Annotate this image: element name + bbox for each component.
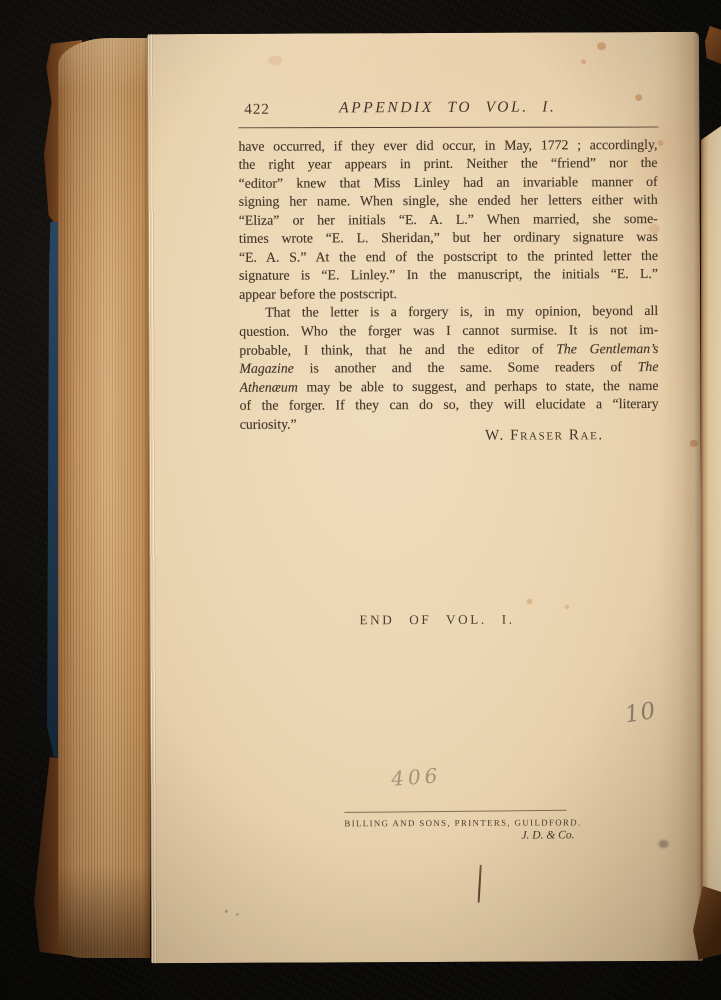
- text-line: signature is “E. Linley.” In the manuscr…: [239, 265, 658, 285]
- foxing-spot: [657, 140, 663, 146]
- text-line: That the letter is a forgery is, in my o…: [239, 302, 658, 322]
- page-number: 422: [244, 102, 270, 119]
- text-line: the right year appears in print. Neither…: [239, 154, 658, 174]
- text-line: appear before the postscript.: [239, 284, 658, 304]
- running-title: APPENDIX TO VOL. I.: [238, 98, 657, 118]
- binder-monogram: J. D. & Co.: [344, 829, 574, 842]
- facing-page-edge: [701, 126, 721, 958]
- text-line: “E. A. S.” At the end of the postscript …: [239, 247, 658, 267]
- text-line: “editor” knew that Miss Linley had an in…: [239, 173, 658, 193]
- foxing-spot: [581, 59, 586, 64]
- foxing-spot: [526, 599, 532, 605]
- text-line: times wrote “E. L. Sheridan,” but her or…: [239, 228, 658, 248]
- text-line: question. Who the forger was I cannot su…: [239, 321, 658, 341]
- text-line: “Eliza” or her initials “E. A. L.” When …: [239, 210, 658, 230]
- imprint-rule: [344, 810, 566, 813]
- printer-imprint: BILLING AND SONS, PRINTERS, GUILDFORD. J…: [344, 810, 566, 842]
- ink-smudge: [658, 840, 668, 848]
- text-line: probable, I think, that he and the edito…: [239, 339, 658, 359]
- printer-name: BILLING AND SONS, PRINTERS, GUILDFORD.: [344, 817, 566, 828]
- foxing-spot: [225, 910, 228, 913]
- body-text: have occurred, if they ever did occur, i…: [238, 135, 658, 434]
- end-of-volume-label: END OF VOL. I.: [228, 611, 647, 629]
- foxing-spot: [597, 42, 606, 50]
- pencil-annotation-406: 406: [390, 763, 442, 791]
- page-block-fore-edge: [58, 38, 150, 958]
- text-line: of the forger. If they can do so, they w…: [240, 395, 659, 415]
- page-edge-stack: [148, 34, 158, 963]
- page-header: 422 APPENDIX TO VOL. I.: [238, 98, 657, 124]
- text-line: have occurred, if they ever did occur, i…: [238, 135, 657, 155]
- header-rule: [238, 127, 658, 129]
- author-signature: W. Fraser Rae.: [240, 427, 659, 446]
- book-page: 422 APPENDIX TO VOL. I. have occurred, i…: [147, 32, 703, 963]
- foxing-spot: [564, 604, 569, 609]
- foxing-spot: [268, 56, 282, 66]
- text-line: Athenæum may be able to suggest, and per…: [239, 377, 658, 397]
- text-line: signing her name. When single, she ended…: [239, 191, 658, 211]
- foxing-spot: [236, 913, 239, 916]
- book-photograph: 422 APPENDIX TO VOL. I. have occurred, i…: [0, 0, 721, 1000]
- pencil-annotation-10: 10: [623, 698, 658, 729]
- foxing-spot: [690, 440, 698, 447]
- text-line: Magazine is another and the same. Some r…: [239, 358, 658, 378]
- cover-corner-top-right: [705, 26, 721, 64]
- pen-stroke-mark: [478, 865, 483, 903]
- gutter-shadow: [657, 32, 703, 961]
